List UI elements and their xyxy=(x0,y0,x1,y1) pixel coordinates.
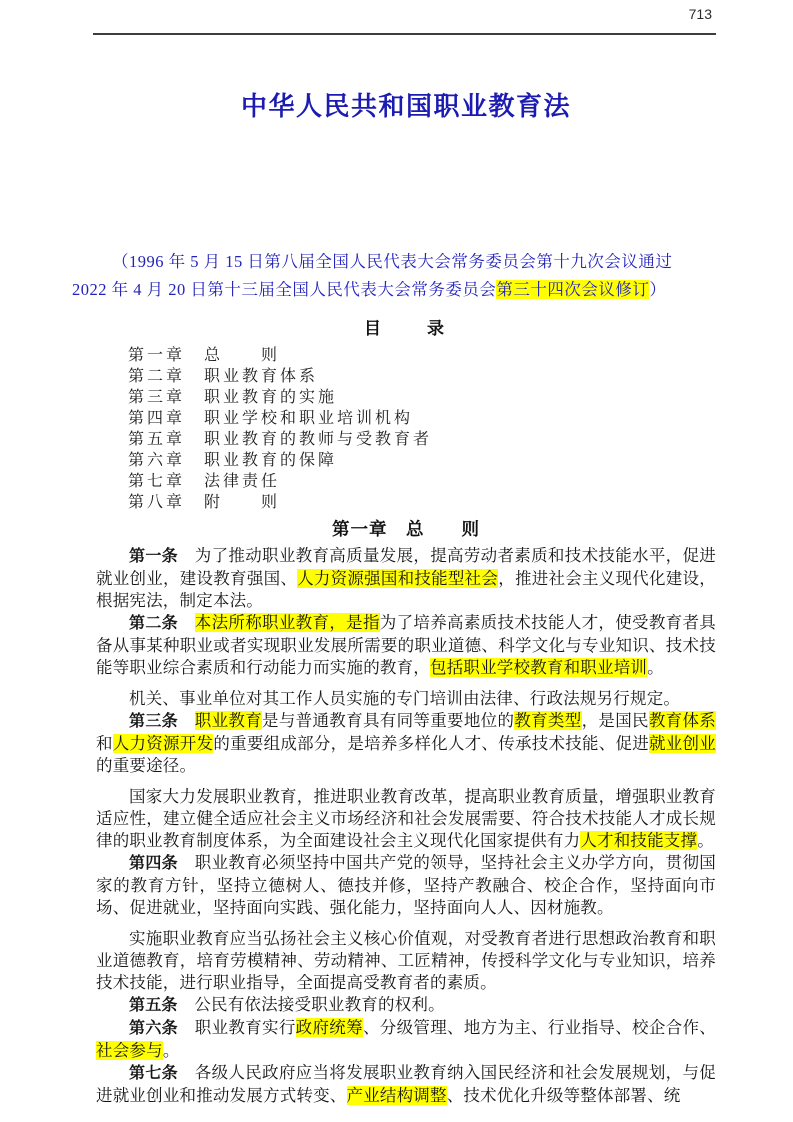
chapter-heading: 第一章 总 则 xyxy=(96,516,716,541)
text-run xyxy=(178,711,195,730)
highlighted-text: 人才和技能支撑 xyxy=(580,831,697,850)
article-number: 第七条 xyxy=(129,1065,178,1082)
text-run: 公民有依法接受职业教育的权利。 xyxy=(178,995,445,1014)
text-run: 机关、事业单位对其工作人员实施的专门培训由法律、行政法规另行规定。 xyxy=(129,689,680,708)
document-title: 中华人民共和国职业教育法 xyxy=(96,91,716,123)
text-run: ，是国民 xyxy=(582,711,649,730)
toc-item: 第一章 总 则 xyxy=(128,345,716,366)
article-number: 第一条 xyxy=(129,548,178,565)
header-rule xyxy=(93,33,716,35)
text-run: 。 xyxy=(163,1041,180,1060)
document-page: 713 中华人民共和国职业教育法 （1996 年 5 月 15 日第八届全国人民… xyxy=(0,0,793,1122)
highlighted-text: 教育体系 xyxy=(649,711,716,730)
text-run: 实施职业教育应当弘扬社会主义核心价值观，对受教育者进行思想政治教育和职业道德教育… xyxy=(96,929,716,992)
text-run: 职业教育必须坚持中国共产党的领导，坚持社会主义办学方向，贯彻国家的教育方针，坚持… xyxy=(96,853,716,917)
article-number: 第三条 xyxy=(129,713,178,730)
text-run: 的重要途径。 xyxy=(96,756,196,775)
page-number: 713 xyxy=(689,6,716,22)
highlighted-text: 教育类型 xyxy=(514,711,581,730)
highlighted-text: 人力资源开发 xyxy=(113,734,214,753)
highlighted-text: 就业创业 xyxy=(649,734,716,753)
article-number: 第六条 xyxy=(129,1020,178,1037)
text-run: 、分级管理、地方为主、行业指导、校企合作、 xyxy=(363,1018,716,1037)
toc-item: 第二章 职业教育体系 xyxy=(128,366,716,387)
highlighted-text: 本法所称职业教育，是指 xyxy=(195,613,380,632)
highlighted-text: 产业结构调整 xyxy=(347,1086,447,1105)
article-paragraph: 第三条 职业教育是与普通教育具有同等重要地位的教育类型，是国民教育体系和人力资源… xyxy=(96,710,716,777)
toc-heading: 目 录 xyxy=(96,314,716,339)
text-run: 2022 年 4 月 20 日第十三届全国人民代表大会常务委员会 xyxy=(72,280,496,299)
text-run: 。 xyxy=(647,658,664,677)
highlighted-text: 包括职业学校教育和职业培训 xyxy=(430,658,647,677)
article-paragraph: 第五条 公民有依法接受职业教育的权利。 xyxy=(96,994,716,1017)
toc-item: 第七章 法律责任 xyxy=(128,471,716,492)
preamble-line: 2022 年 4 月 20 日第十三届全国人民代表大会常务委员会第三十四次会议修… xyxy=(72,276,716,304)
text-run: 。 xyxy=(697,831,714,850)
article-paragraph: 国家大力发展职业教育，推进职业教育改革，提高职业教育质量，增强职业教育适应性，建… xyxy=(96,786,716,852)
highlighted-text: 职业教育 xyxy=(195,711,262,730)
article-paragraph: 第一条 为了推动职业教育高质量发展，提高劳动者素质和技术技能水平，促进就业创业，… xyxy=(96,545,716,612)
toc-item: 第四章 职业学校和职业培训机构 xyxy=(128,408,716,429)
article-paragraph: 第六条 职业教育实行政府统筹、分级管理、地方为主、行业指导、校企合作、社会参与。 xyxy=(96,1017,716,1062)
text-run: 和 xyxy=(96,734,113,753)
text-run: （1996 年 5 月 15 日第八届全国人民代表大会常务委员会第十九次会议通过 xyxy=(112,252,672,271)
article-paragraph: 实施职业教育应当弘扬社会主义核心价值观，对受教育者进行思想政治教育和职业道德教育… xyxy=(96,928,716,994)
article-paragraph: 第二条 本法所称职业教育，是指为了培养高素质技术技能人才，使受教育者具备从事某种… xyxy=(96,612,716,679)
preamble: （1996 年 5 月 15 日第八届全国人民代表大会常务委员会第十九次会议通过… xyxy=(72,248,716,304)
toc: 第一章 总 则第二章 职业教育体系第三章 职业教育的实施第四章 职业学校和职业培… xyxy=(128,345,716,513)
toc-item: 第三章 职业教育的实施 xyxy=(128,387,716,408)
highlighted-text: 第三十四次会议修订 xyxy=(496,280,649,299)
article-number: 第四条 xyxy=(129,855,178,872)
article-number: 第二条 xyxy=(129,615,178,632)
text-run: 的重要组成部分，是培养多样化人才、传承技术技能、促进 xyxy=(213,734,649,753)
toc-item: 第五章 职业教育的教师与受教育者 xyxy=(128,429,716,450)
text-run: 职业教育实行 xyxy=(178,1018,296,1037)
page-header: 713 xyxy=(96,6,716,24)
article-number: 第五条 xyxy=(129,997,178,1014)
highlighted-text: 人力资源强国和技能型社会 xyxy=(297,569,498,588)
toc-item: 第六章 职业教育的保障 xyxy=(128,450,716,471)
text-run: 、技术优化升级等整体部署、统 xyxy=(447,1086,681,1105)
toc-item: 第八章 附 则 xyxy=(128,492,716,513)
text-run: ） xyxy=(649,280,666,299)
article-paragraph: 第四条 职业教育必须坚持中国共产党的领导，坚持社会主义办学方向，贯彻国家的教育方… xyxy=(96,852,716,919)
text-run xyxy=(178,613,195,632)
preamble-line: （1996 年 5 月 15 日第八届全国人民代表大会常务委员会第十九次会议通过 xyxy=(72,248,716,276)
highlighted-text: 政府统筹 xyxy=(296,1018,363,1037)
article-paragraph: 第七条 各级人民政府应当将发展职业教育纳入国民经济和社会发展规划，与促进就业创业… xyxy=(96,1062,716,1107)
article-paragraph: 机关、事业单位对其工作人员实施的专门培训由法律、行政法规另行规定。 xyxy=(96,688,716,710)
article-body: 第一条 为了推动职业教育高质量发展，提高劳动者素质和技术技能水平，促进就业创业，… xyxy=(96,545,716,1107)
text-run: 是与普通教育具有同等重要地位的 xyxy=(262,711,514,730)
highlighted-text: 社会参与 xyxy=(96,1041,163,1060)
